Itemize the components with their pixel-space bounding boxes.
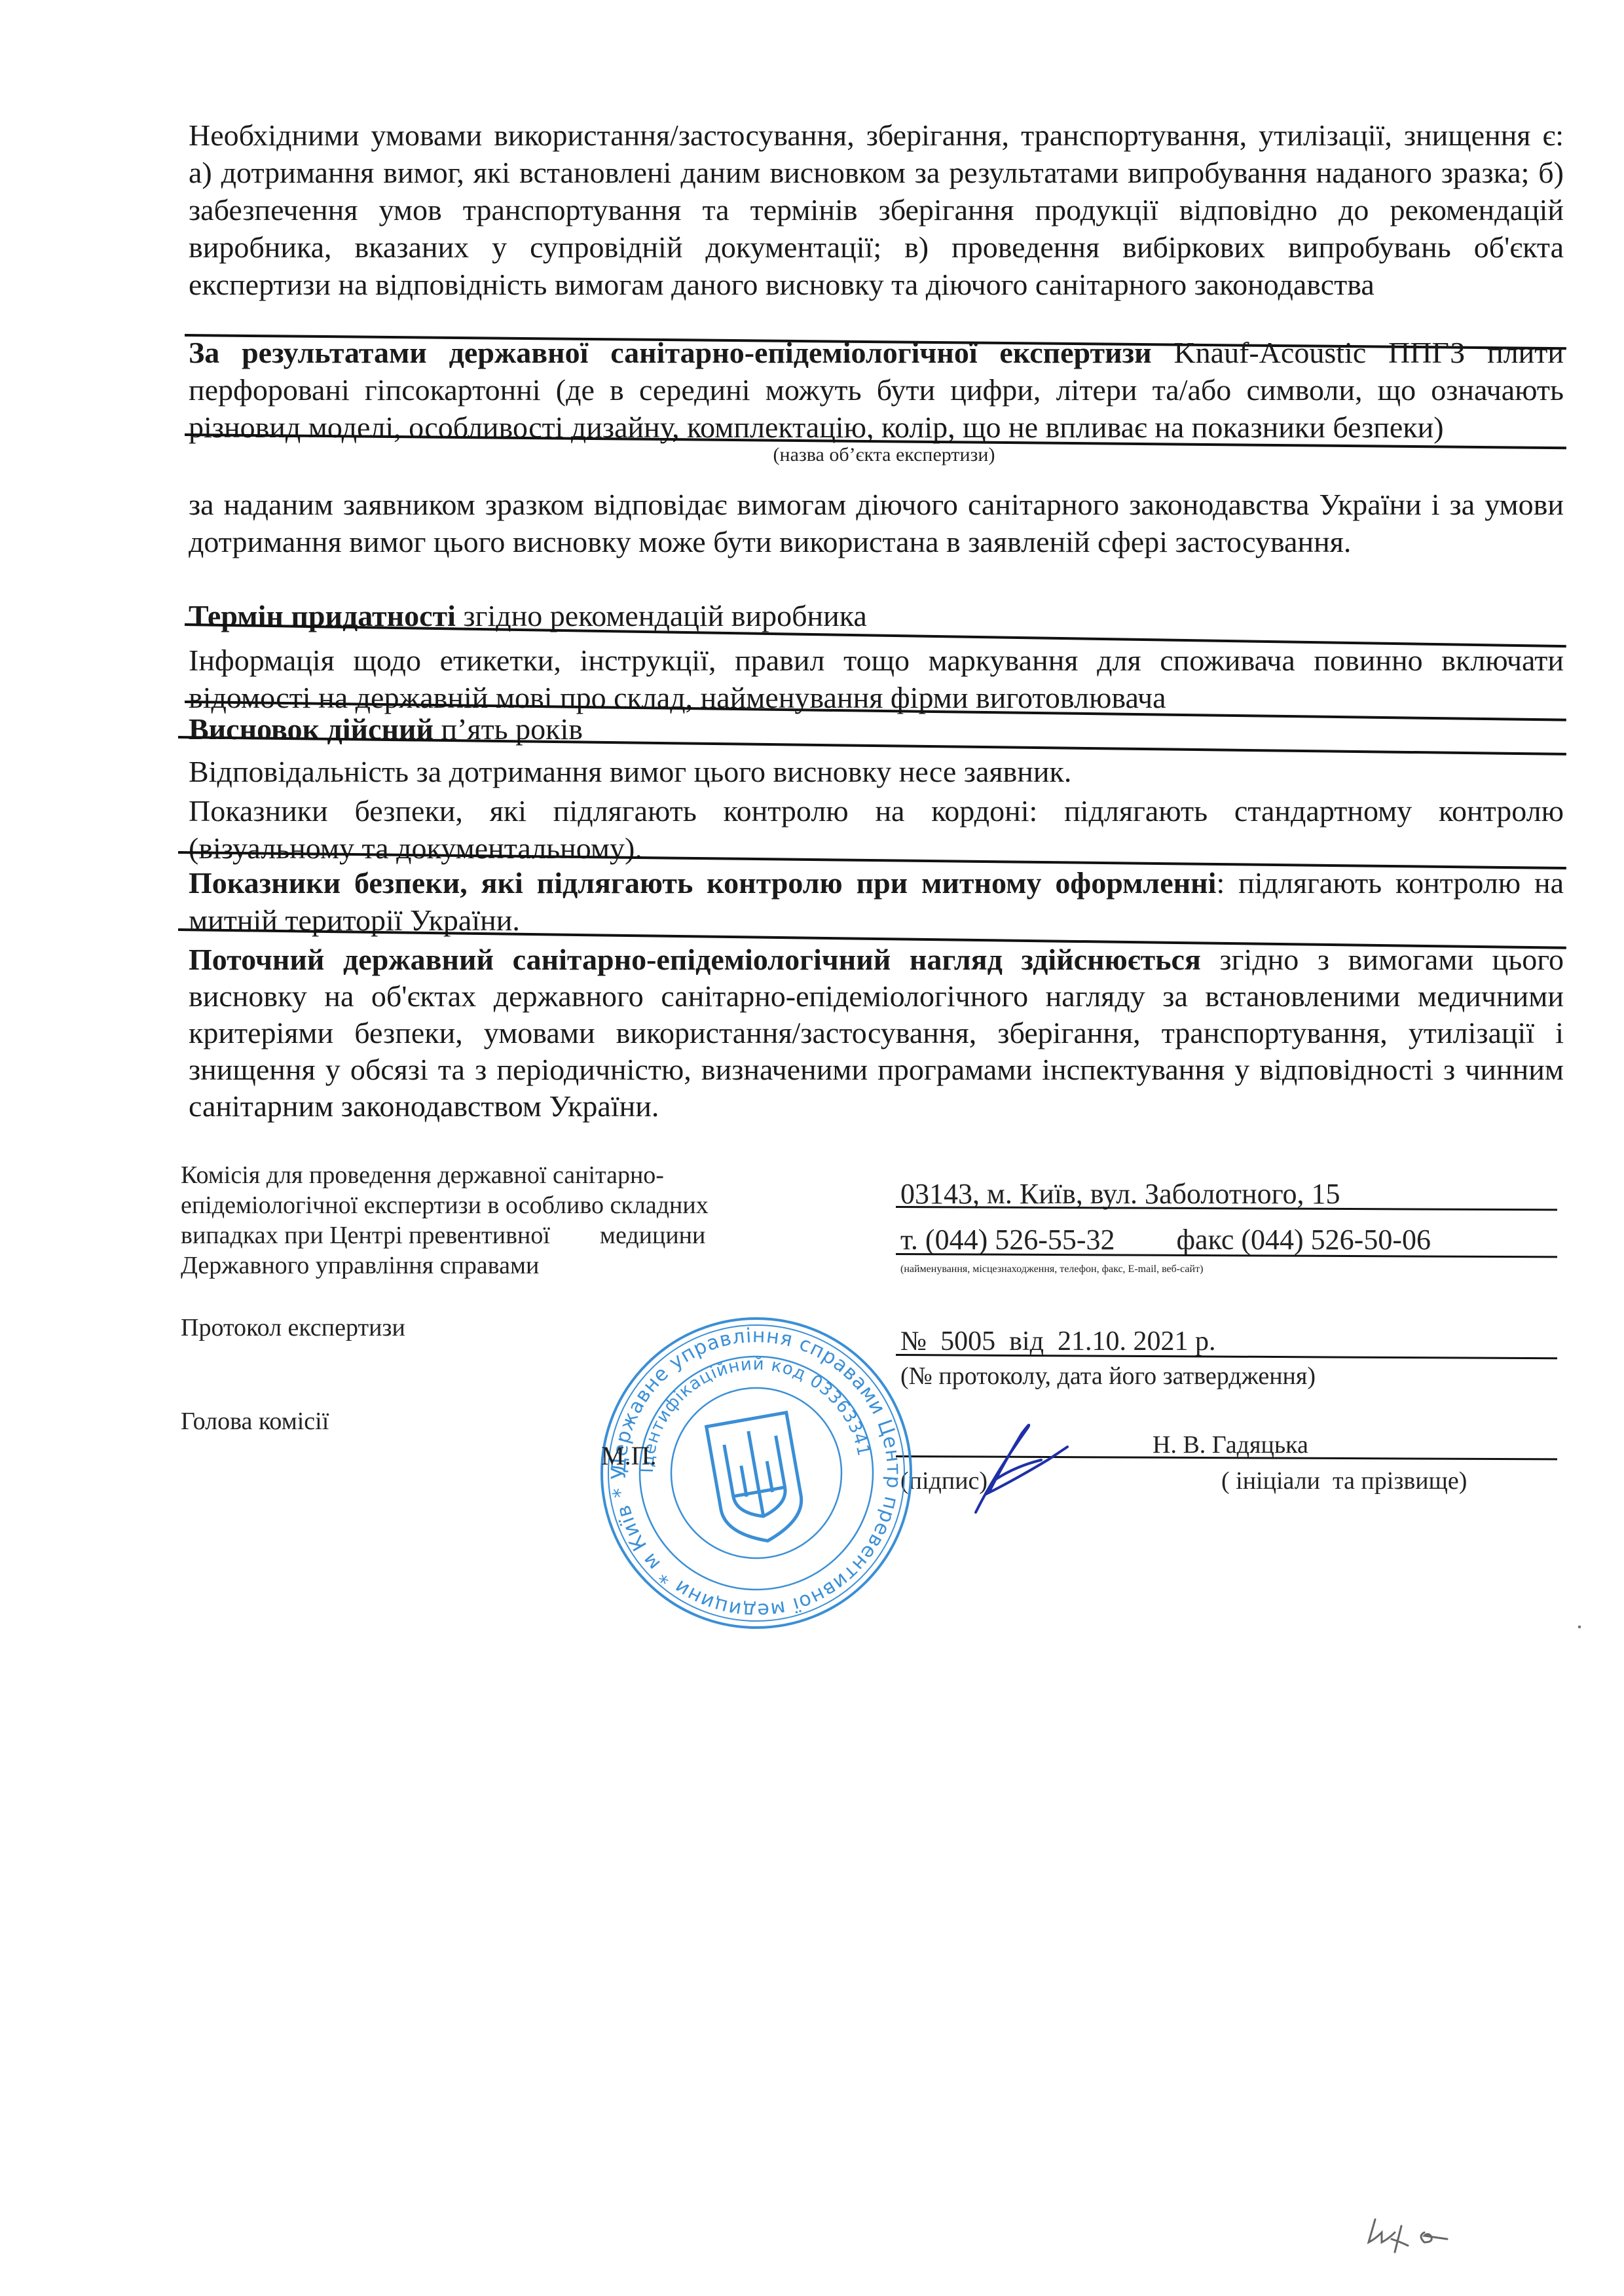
customs-paragraph: Показники безпеки, які підлягають контро…: [189, 864, 1564, 939]
scan-artifact: [1578, 1626, 1581, 1628]
responsibility-line: Відповідальність за дотримання вимог цьо…: [189, 753, 1564, 790]
document-page: Необхідними умовами використання/застосу…: [0, 0, 1624, 2296]
fax-number: факс (044) 526-50-06: [1177, 1224, 1431, 1256]
conditions-text: Необхідними умовами використання/застосу…: [189, 118, 1564, 301]
phone-number: т. (044) 526-55-32: [900, 1224, 1115, 1256]
commission-line: випадках при Центрі превентивної медицин…: [181, 1220, 709, 1250]
chair-label: Голова комісії: [181, 1406, 329, 1436]
seal-placeholder-label: М.П.: [601, 1440, 656, 1471]
results-paragraph: За результатами державної санітарно-епід…: [189, 334, 1564, 446]
phone-fax-line: т. (044) 526-55-32 факс (044) 526-50-06: [900, 1223, 1562, 1256]
name-caption: ( ініціали та прізвище): [1221, 1467, 1467, 1495]
validity-line: Висновок дійсний п’ять років: [189, 710, 1564, 748]
compliance-text: за наданим заявником зразком відповідає …: [189, 488, 1564, 558]
supervision-heading: Поточний державний санітарно-епідеміолог…: [189, 943, 1201, 976]
shelf-life-value: згідно рекомендацій виробника: [456, 599, 867, 632]
responsibility-text: Відповідальність за дотримання вимог цьо…: [189, 755, 1071, 788]
official-stamp-icon: Державне управління справами Центр преве…: [593, 1309, 920, 1637]
results-heading: За результатами державної санітарно-епід…: [189, 336, 1152, 369]
contact-caption: (найменування, місцезнаходження, телефон…: [900, 1264, 1203, 1275]
handwritten-signature-icon: [936, 1414, 1094, 1519]
protocol-caption: (№ протоколу, дата його затвердження): [900, 1362, 1316, 1391]
commission-line: Державного управління справами: [181, 1250, 709, 1281]
commission-line: епідеміологічної експертизи в особливо с…: [181, 1190, 709, 1220]
address: 03143, м. Київ, вул. Заболотного, 15: [900, 1177, 1340, 1211]
commission-line: Комісія для проведення державної санітар…: [181, 1160, 709, 1190]
object-caption: (назва об’єкта експертизи): [720, 444, 1048, 466]
compliance-paragraph: за наданим заявником зразком відповідає …: [189, 486, 1564, 560]
commission-name: Комісія для проведення державної санітар…: [181, 1160, 709, 1281]
conditions-paragraph: Необхідними умовами використання/застосу…: [189, 117, 1564, 303]
handwritten-initials-icon: [1362, 2206, 1467, 2259]
protocol-label: Протокол експертизи: [181, 1313, 405, 1343]
chair-name: Н. В. Гадяцька: [1153, 1430, 1308, 1459]
protocol-number-date: № 5005 від 21.10. 2021 р.: [900, 1326, 1215, 1357]
customs-heading: Показники безпеки, які підлягають контро…: [189, 866, 1216, 900]
supervision-paragraph: Поточний державний санітарно-епідеміолог…: [189, 941, 1564, 1125]
